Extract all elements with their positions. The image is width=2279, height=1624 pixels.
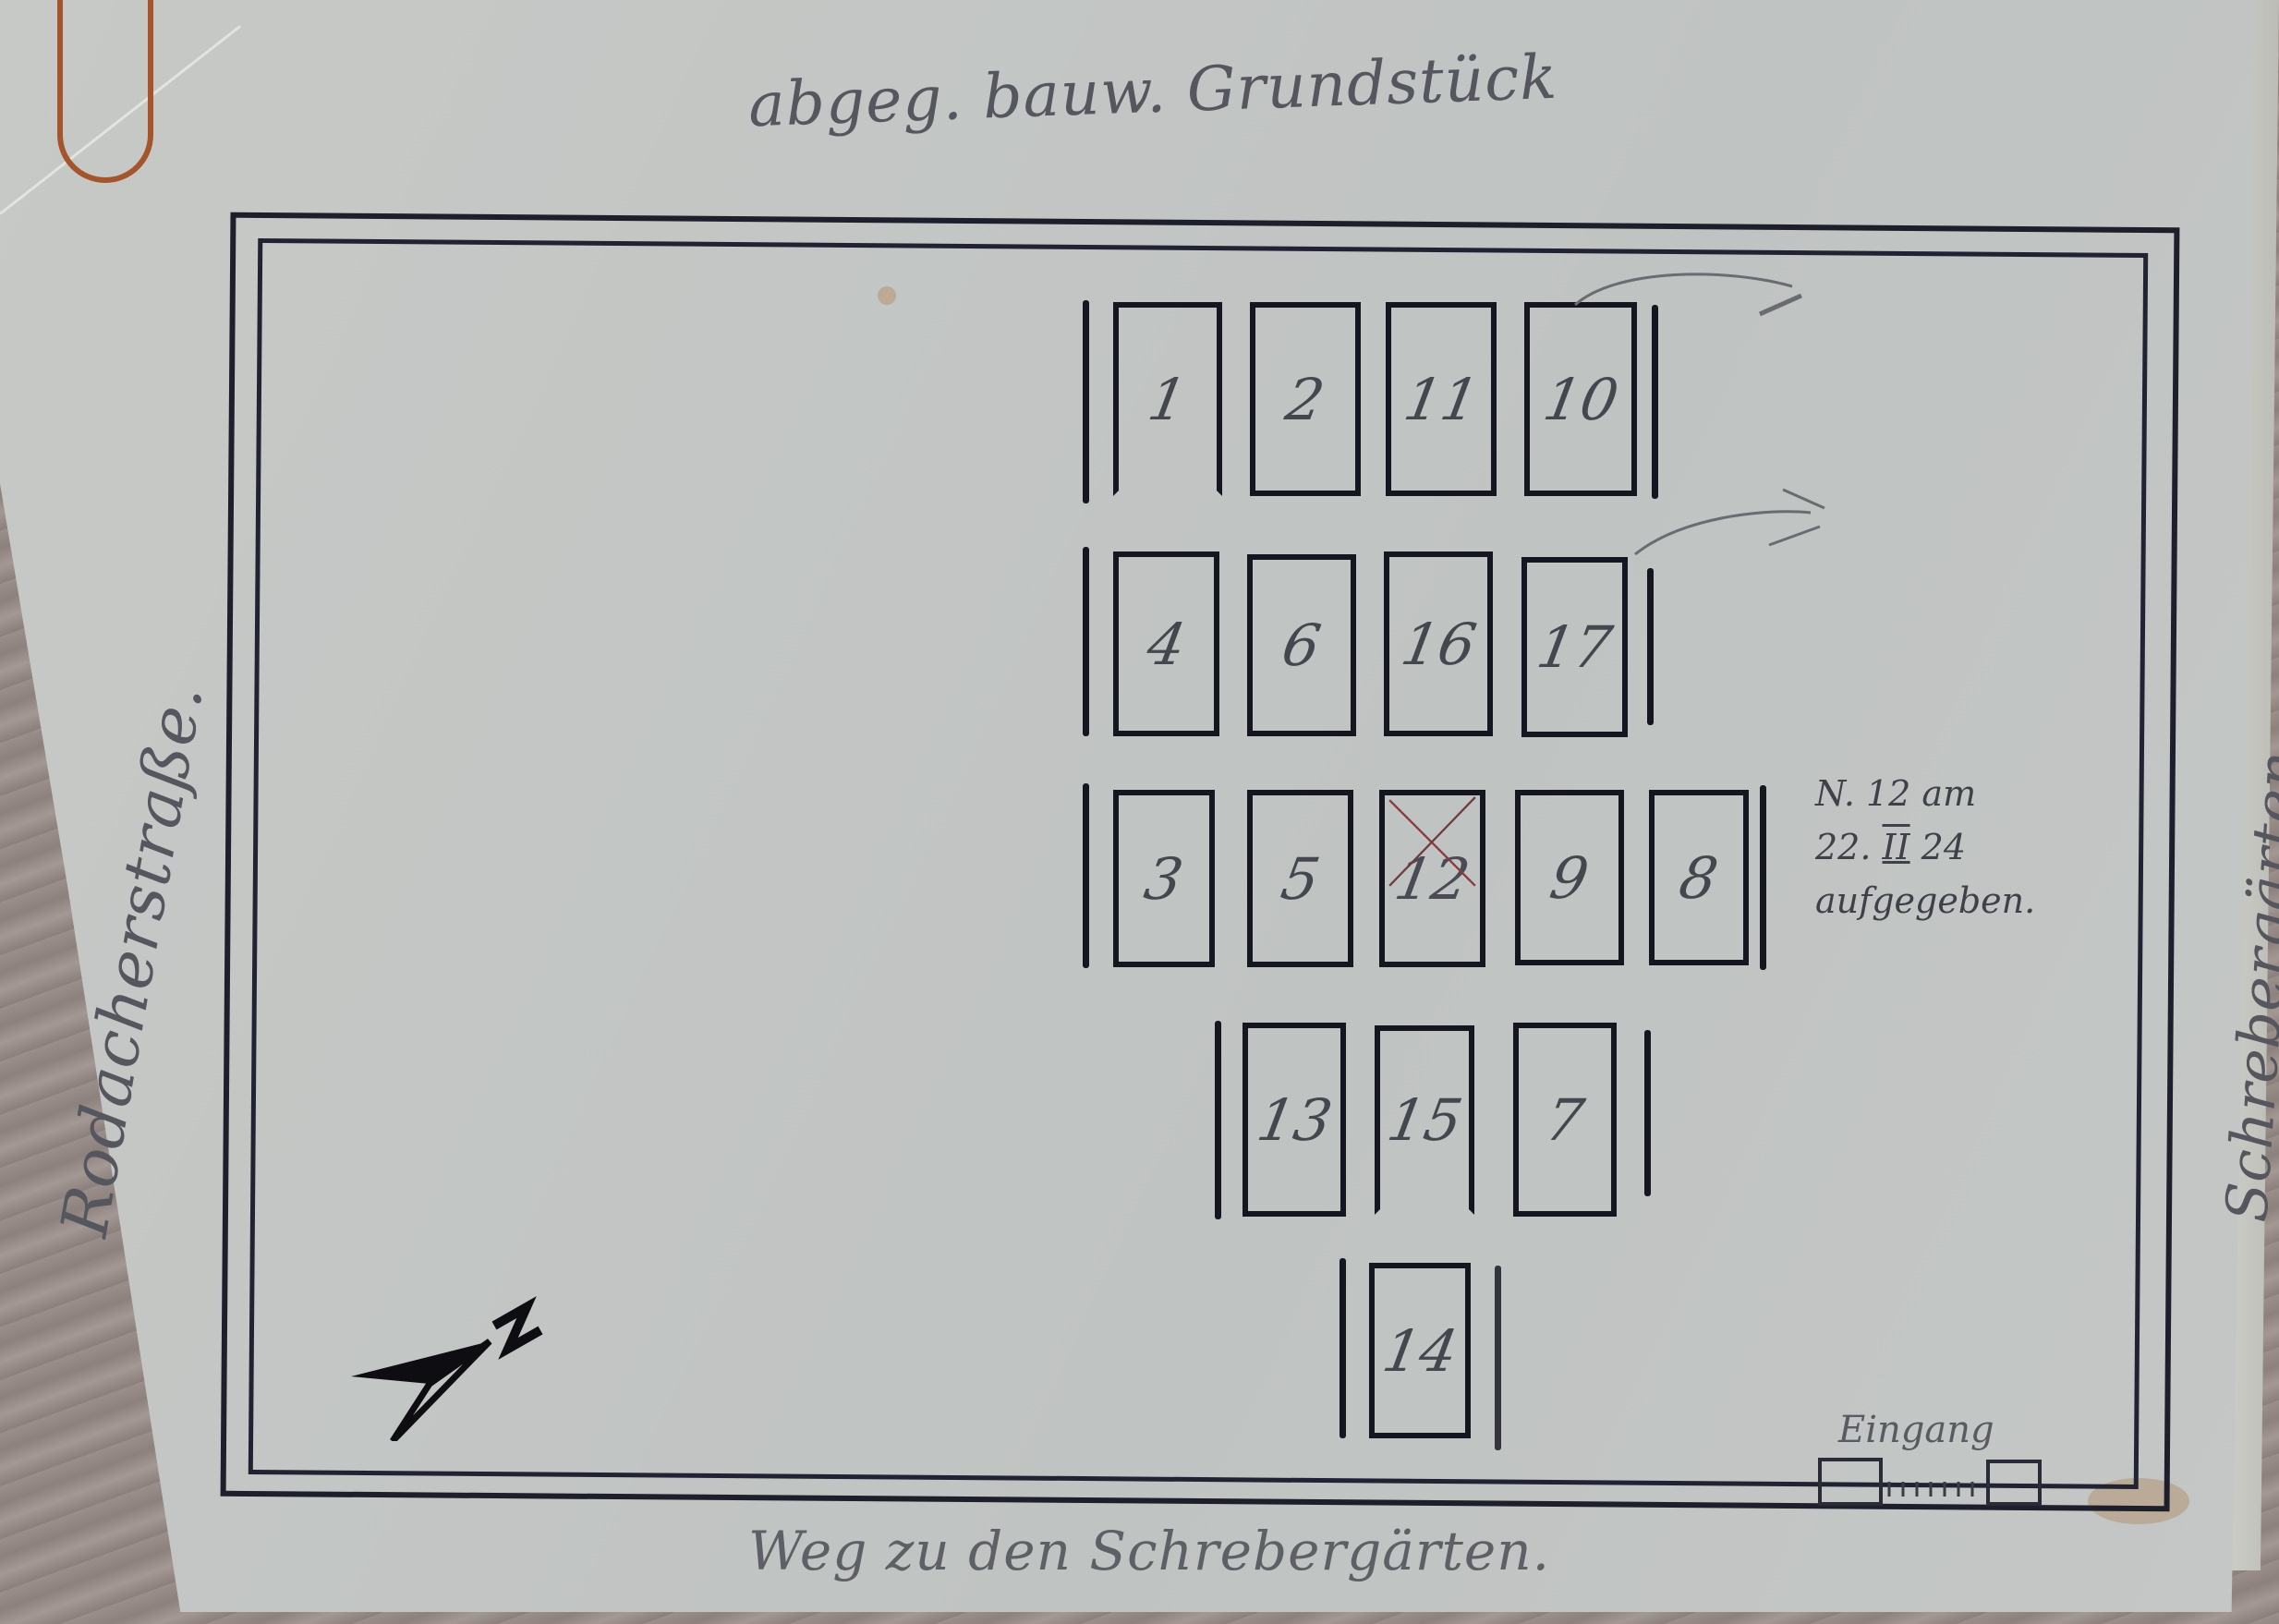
path-divider <box>1644 1030 1651 1196</box>
pencil-arrow-icon <box>1626 480 1838 564</box>
path-divider <box>1083 547 1089 736</box>
plot-15[interactable]: 15 <box>1375 1025 1474 1215</box>
plot-8[interactable]: 8 <box>1649 790 1749 965</box>
note-line-3: aufgegeben. <box>1815 874 2035 927</box>
path-divider <box>1340 1258 1346 1438</box>
plot-16[interactable]: 16 <box>1384 551 1493 736</box>
note-line-2: 22. II 24 <box>1815 820 2035 874</box>
path-divider <box>1215 1021 1221 1219</box>
plot-3[interactable]: 3 <box>1113 790 1215 967</box>
note-line-1: N. 12 am <box>1815 767 2035 820</box>
path-divider <box>1083 783 1089 968</box>
paperclip-icon <box>57 0 153 183</box>
plot-13[interactable]: 13 <box>1243 1023 1346 1217</box>
plot-5[interactable]: 5 <box>1247 790 1353 967</box>
path-divider <box>1647 568 1654 725</box>
plot-14[interactable]: 14 <box>1369 1263 1471 1438</box>
path-divider <box>1760 785 1766 970</box>
entrance-label: Eingang <box>1838 1409 1994 1451</box>
plot-11[interactable]: 11 <box>1386 302 1497 496</box>
note-plot-12-surrendered: N. 12 am 22. II 24 aufgegeben. <box>1815 767 2035 927</box>
gate-icon <box>1885 1476 1986 1498</box>
path-divider <box>1083 300 1089 503</box>
plot-7[interactable]: 7 <box>1513 1023 1617 1217</box>
north-arrow-icon <box>342 1284 554 1441</box>
plot-4[interactable]: 4 <box>1113 551 1219 736</box>
plot-12-removed[interactable]: 12 <box>1379 790 1485 967</box>
pencil-arrow-icon <box>1561 259 1820 342</box>
cross-out-icon <box>1385 795 1480 891</box>
label-path-to-gardens: Weg zu den Schrebergärten. <box>748 1520 1550 1582</box>
plot-9[interactable]: 9 <box>1515 790 1624 965</box>
gate-post-left <box>1818 1458 1883 1506</box>
plot-17[interactable]: 17 <box>1521 557 1628 737</box>
plot-6[interactable]: 6 <box>1247 554 1356 736</box>
plot-2[interactable]: 2 <box>1250 302 1361 496</box>
plot-1[interactable]: 1 <box>1113 302 1222 496</box>
gate-post-right <box>1986 1460 2042 1506</box>
path-divider <box>1495 1266 1501 1450</box>
